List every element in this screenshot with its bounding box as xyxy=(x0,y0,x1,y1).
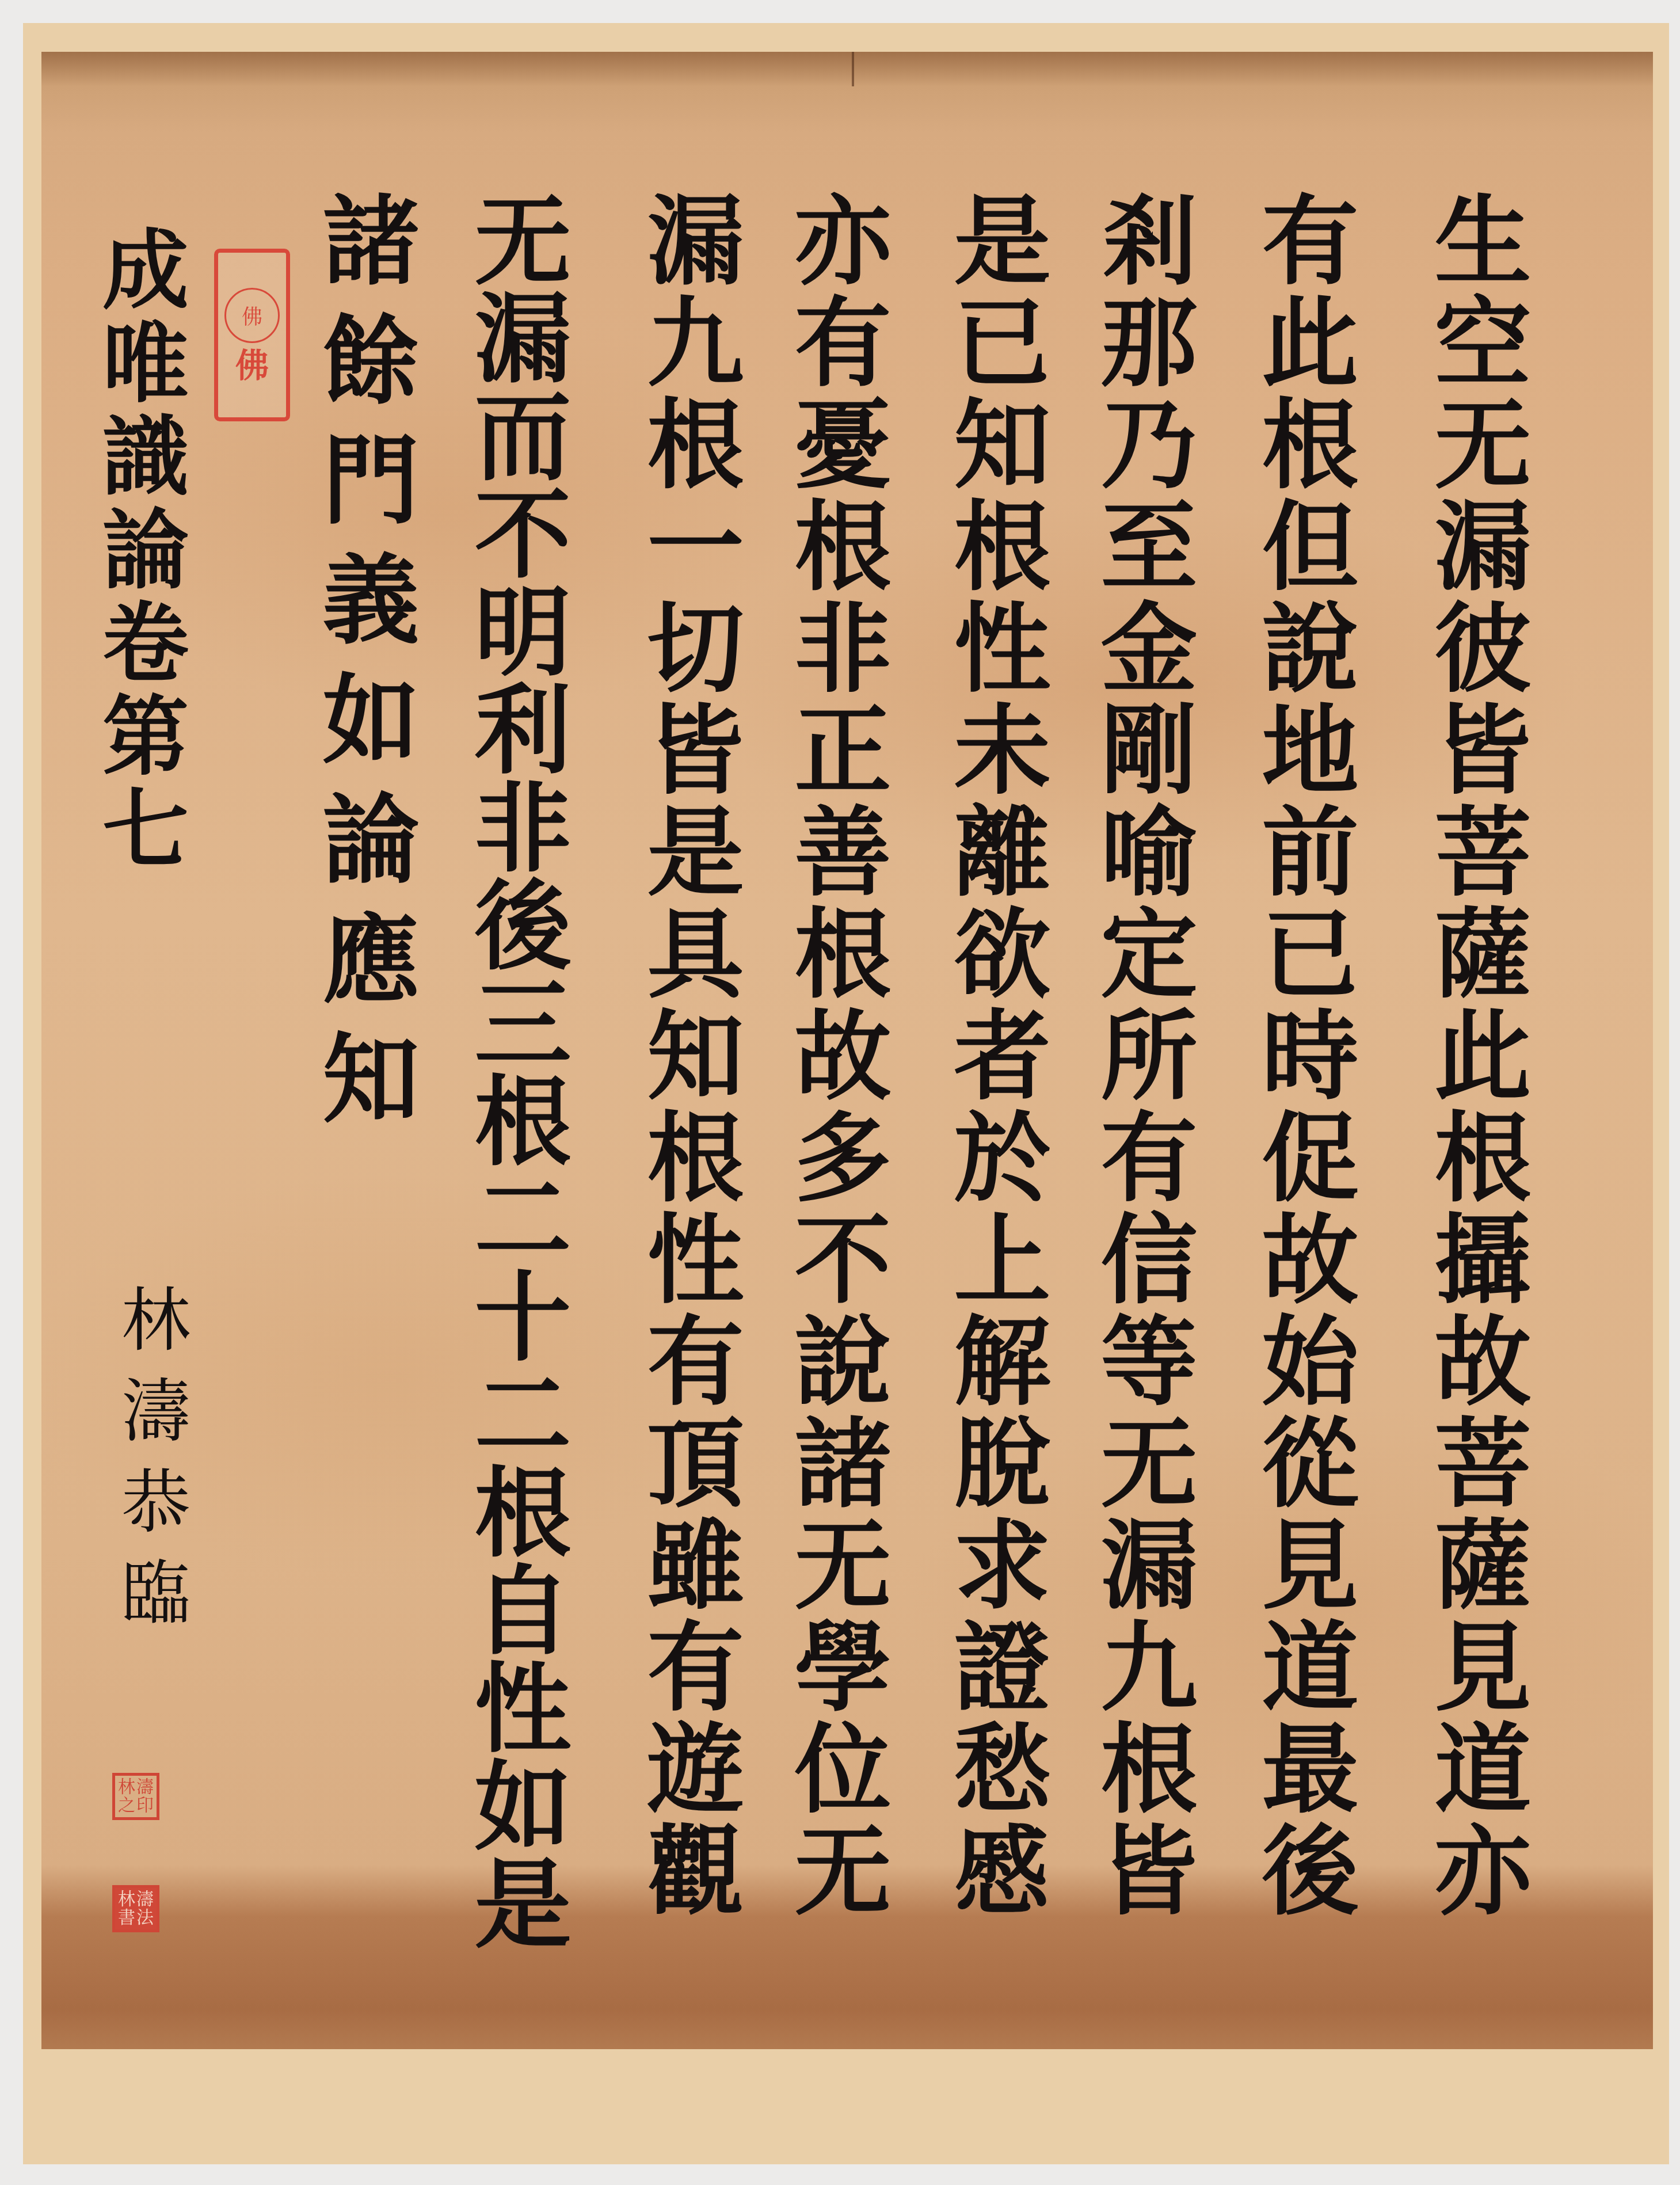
name-seal-1: 林 濤 之 印 xyxy=(112,1773,159,1820)
seal-glyph: 印 xyxy=(136,1797,154,1814)
title-column: 成唯識論卷第七 xyxy=(95,224,181,877)
seal-glyph: 濤 xyxy=(136,1891,154,1908)
text-column-7: 无漏而不明利非後三根二十二根自性如是 xyxy=(467,190,564,1951)
name-seal-2: 林 濤 書 法 xyxy=(112,1885,159,1932)
text-column-2: 有此根但說地前已時促故始從見道最後 xyxy=(1255,190,1351,1922)
text-column-5: 亦有憂根非正善根故多不說諸无學位无 xyxy=(787,190,884,1922)
buddha-seal: 佛 佛 xyxy=(214,249,290,421)
buddha-figure-icon: 佛 xyxy=(235,349,269,382)
seal-glyph: 法 xyxy=(136,1909,154,1927)
text-column-3: 剎那乃至金剛喻定所有信等无漏九根皆 xyxy=(1094,190,1190,1922)
text-column-6: 漏九根一切皆是具知根性有頂雖有遊觀 xyxy=(640,190,737,1922)
fold-mark xyxy=(852,52,854,86)
halo-icon: 佛 xyxy=(224,288,280,343)
seal-glyph: 林 xyxy=(118,1779,135,1796)
seal-glyph: 林 xyxy=(118,1891,135,1908)
seal-glyph: 書 xyxy=(118,1909,135,1927)
signature-column: 林濤恭臨 xyxy=(115,1284,184,1647)
text-column-8: 諸餘門義如論應知 xyxy=(315,190,412,1148)
top-stain-band xyxy=(41,52,1653,86)
seal-glyph: 之 xyxy=(118,1797,135,1814)
seal-glyph: 濤 xyxy=(136,1779,154,1796)
text-column-1: 生空无漏彼皆菩薩此根攝故菩薩見道亦 xyxy=(1427,190,1524,1922)
text-column-4: 是已知根性未離欲者於上解脫求證愁慼 xyxy=(947,190,1043,1922)
